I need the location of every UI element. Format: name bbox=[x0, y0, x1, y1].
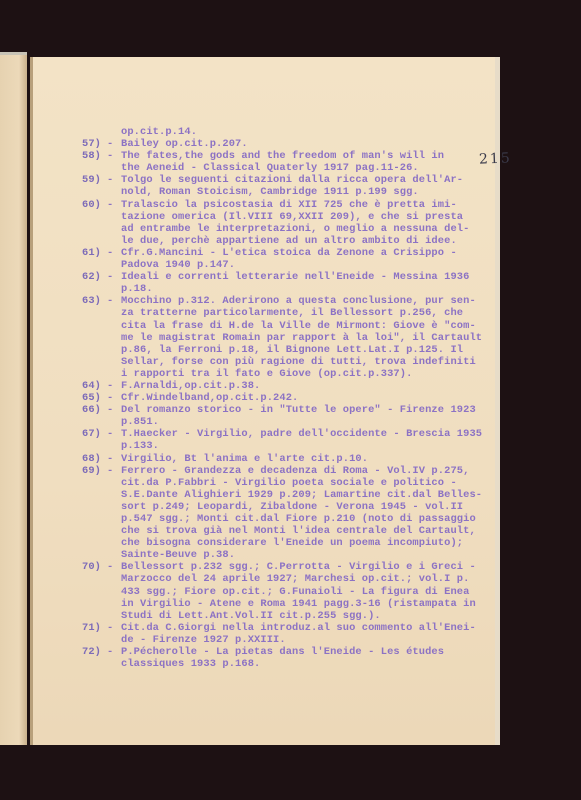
footnote-line: i rapporti tra il fato e Giove (op.cit.p… bbox=[121, 368, 502, 380]
footnote-item: 63)-Mocchino p.312. Aderirono a questa c… bbox=[82, 295, 502, 380]
footnote-number: 59) bbox=[82, 174, 107, 198]
footnote-line: 433 sgg.; Fiore op.cit.; G.Funaioli - La… bbox=[121, 586, 502, 598]
footnote-dash: - bbox=[107, 295, 121, 380]
footnote-dash: - bbox=[107, 453, 121, 465]
footnote-item: 60)-Tralascio la psicostasia di XII 725 … bbox=[82, 199, 502, 247]
footnote-number: 61) bbox=[82, 247, 107, 271]
footnote-item: 65)-Cfr.Windelband,op.cit.p.242. bbox=[82, 392, 502, 404]
footnote-dash: - bbox=[107, 404, 121, 428]
footnote-line: Ideali e correnti letterarie nell'Eneide… bbox=[121, 271, 502, 283]
footnote-number: 63) bbox=[82, 295, 107, 380]
footnote-item: 69)-Ferrero - Grandezza e decadenza di R… bbox=[82, 465, 502, 562]
footnote-number: 70) bbox=[82, 561, 107, 621]
footnote-line: Padova 1940 p.147. bbox=[121, 259, 502, 271]
footnote-item: 70)-Bellessort p.232 sgg.; C.Perrotta - … bbox=[82, 561, 502, 621]
footnote-line: Cfr.Windelband,op.cit.p.242. bbox=[121, 392, 502, 404]
footnote-number: 57) bbox=[82, 138, 107, 150]
footnote-item: 62)-Ideali e correnti letterarie nell'En… bbox=[82, 271, 502, 295]
footnote-line: nold, Roman Stoicism, Cambridge 1911 p.1… bbox=[121, 186, 502, 198]
footnote-dash: - bbox=[107, 428, 121, 452]
footnote-item: 66)-Del romanzo storico - in "Tutte le o… bbox=[82, 404, 502, 428]
footnote-line: Bellessort p.232 sgg.; C.Perrotta - Virg… bbox=[121, 561, 502, 573]
footnote-text: T.Haecker - Virgilio, padre dell'occiden… bbox=[121, 428, 502, 452]
footnote-line: Mocchino p.312. Aderirono a questa concl… bbox=[121, 295, 502, 307]
footnote-line: classiques 1933 p.168. bbox=[121, 658, 502, 670]
footnote-line: Sainte-Beuve p.38. bbox=[121, 549, 502, 561]
footnote-line: P.Pécherolle - La pietas dans l'Eneide -… bbox=[121, 646, 502, 658]
footnotes-list: op.cit.p.14. 57)-Bailey op.cit.p.207.58)… bbox=[82, 126, 502, 670]
footnote-line: p.86, la Ferroni p.18, il Bignone Lett.L… bbox=[121, 344, 502, 356]
footnote-line: Cfr.G.Mancini - L'etica stoica da Zenone… bbox=[121, 247, 502, 259]
footnote-number: 60) bbox=[82, 199, 107, 247]
footnote-line: che si trova già nel Monti l'idea centra… bbox=[121, 525, 502, 537]
footnote-line: me le magistrat Romain par rapport à la … bbox=[121, 332, 502, 344]
footnote-line: Studi di Lett.Ant.Vol.II cit.p.255 sgg.)… bbox=[121, 610, 502, 622]
footnote-line: Marzocco del 24 aprile 1927; Marchesi op… bbox=[121, 573, 502, 585]
footnote-number: 69) bbox=[82, 465, 107, 562]
footnote-line: Cit.da C.Giorgi nella introduz.al suo co… bbox=[121, 622, 502, 634]
footnote-dash: - bbox=[107, 138, 121, 150]
footnote-line: T.Haecker - Virgilio, padre dell'occiden… bbox=[121, 428, 502, 440]
continuation-line: op.cit.p.14. bbox=[82, 126, 502, 138]
footnote-number: 67) bbox=[82, 428, 107, 452]
footnote-line: F.Arnaldi,op.cit.p.38. bbox=[121, 380, 502, 392]
footnote-dash: - bbox=[107, 271, 121, 295]
footnote-item: 64)-F.Arnaldi,op.cit.p.38. bbox=[82, 380, 502, 392]
footnote-item: 61)-Cfr.G.Mancini - L'etica stoica da Ze… bbox=[82, 247, 502, 271]
footnote-text: P.Pécherolle - La pietas dans l'Eneide -… bbox=[121, 646, 502, 670]
footnote-number: 62) bbox=[82, 271, 107, 295]
footnote-dash: - bbox=[107, 646, 121, 670]
footnote-number: 72) bbox=[82, 646, 107, 670]
footnote-text: Cfr.G.Mancini - L'etica stoica da Zenone… bbox=[121, 247, 502, 271]
footnote-line: The fates,the gods and the freedom of ma… bbox=[121, 150, 502, 162]
footnote-text: Mocchino p.312. Aderirono a questa concl… bbox=[121, 295, 502, 380]
footnote-text: Cit.da C.Giorgi nella introduz.al suo co… bbox=[121, 622, 502, 646]
footnote-dash: - bbox=[107, 622, 121, 646]
footnote-dash: - bbox=[107, 174, 121, 198]
notes-container: 57)-Bailey op.cit.p.207.58)-The fates,th… bbox=[82, 138, 502, 670]
footnote-item: 67)-T.Haecker - Virgilio, padre dell'occ… bbox=[82, 428, 502, 452]
footnote-text: Ideali e correnti letterarie nell'Eneide… bbox=[121, 271, 502, 295]
footnote-number: 71) bbox=[82, 622, 107, 646]
footnote-number: 64) bbox=[82, 380, 107, 392]
footnote-line: tazione omerica (Il.VIII 69,XXII 209), e… bbox=[121, 211, 502, 223]
footnote-text: Virgilio, Bt l'anima e l'arte cit.p.10. bbox=[121, 453, 502, 465]
footnote-line: Virgilio, Bt l'anima e l'arte cit.p.10. bbox=[121, 453, 502, 465]
facing-page-edge bbox=[0, 52, 27, 745]
footnote-line: Tralascio la psicostasia di XII 725 che … bbox=[121, 199, 502, 211]
footnote-dash: - bbox=[107, 392, 121, 404]
footnote-line: p.133. bbox=[121, 440, 502, 452]
footnote-text: F.Arnaldi,op.cit.p.38. bbox=[121, 380, 502, 392]
footnote-number: 66) bbox=[82, 404, 107, 428]
footnote-item: 58)-The fates,the gods and the freedom o… bbox=[82, 150, 502, 174]
footnote-line: sort p.249; Leopardi, Zibaldone - Verona… bbox=[121, 501, 502, 513]
footnote-line: Bailey op.cit.p.207. bbox=[121, 138, 502, 150]
footnote-number: 68) bbox=[82, 453, 107, 465]
footnote-line: le due, perchè appartiene ad un altro am… bbox=[121, 235, 502, 247]
footnote-text: Ferrero - Grandezza e decadenza di Roma … bbox=[121, 465, 502, 562]
footnote-line: p.547 sgg.; Monti cit.dal Fiore p.210 (n… bbox=[121, 513, 502, 525]
footnote-text: Del romanzo storico - in "Tutte le opere… bbox=[121, 404, 502, 428]
footnote-text: Bellessort p.232 sgg.; C.Perrotta - Virg… bbox=[121, 561, 502, 621]
footnote-text: Tolgo le seguenti citazioni dalla ricca … bbox=[121, 174, 502, 198]
footnote-text: Tralascio la psicostasia di XII 725 che … bbox=[121, 199, 502, 247]
footnote-line: S.E.Dante Alighieri 1929 p.209; Lamartin… bbox=[121, 489, 502, 501]
footnote-item: 68)-Virgilio, Bt l'anima e l'arte cit.p.… bbox=[82, 453, 502, 465]
footnote-line: ad entrambe le interpretazioni, o meglio… bbox=[121, 223, 502, 235]
footnote-item: 72)-P.Pécherolle - La pietas dans l'Enei… bbox=[82, 646, 502, 670]
footnote-dash: - bbox=[107, 561, 121, 621]
footnote-dash: - bbox=[107, 380, 121, 392]
footnote-item: 59)-Tolgo le seguenti citazioni dalla ri… bbox=[82, 174, 502, 198]
footnote-line: p.851. bbox=[121, 416, 502, 428]
footnote-dash: - bbox=[107, 199, 121, 247]
footnote-line: Ferrero - Grandezza e decadenza di Roma … bbox=[121, 465, 502, 477]
footnote-dash: - bbox=[107, 247, 121, 271]
footnote-dash: - bbox=[107, 150, 121, 174]
footnote-line: za tratterne particolarmente, il Belless… bbox=[121, 307, 502, 319]
footnote-line: the Aeneid - Classical Quaterly 1917 pag… bbox=[121, 162, 502, 174]
footnote-number: 65) bbox=[82, 392, 107, 404]
footnote-line: cit.da P.Fabbri - Virgilio poeta sociale… bbox=[121, 477, 502, 489]
footnote-line: cita la frase di H.de la Ville de Mirmon… bbox=[121, 320, 502, 332]
footnote-text: Bailey op.cit.p.207. bbox=[121, 138, 502, 150]
footnote-line: Tolgo le seguenti citazioni dalla ricca … bbox=[121, 174, 502, 186]
footnote-text: Cfr.Windelband,op.cit.p.242. bbox=[121, 392, 502, 404]
footnote-line: Sellar, forse con più ragione di tutti, … bbox=[121, 356, 502, 368]
footnote-line: p.18. bbox=[121, 283, 502, 295]
footnote-dash: - bbox=[107, 465, 121, 562]
footnote-item: 57)-Bailey op.cit.p.207. bbox=[82, 138, 502, 150]
footnote-line: in Virgilio - Atene e Roma 1941 pagg.3-1… bbox=[121, 598, 502, 610]
footnote-line: de - Firenze 1927 p.XXIII. bbox=[121, 634, 502, 646]
footnote-line: Del romanzo storico - in "Tutte le opere… bbox=[121, 404, 502, 416]
footnote-item: 71)-Cit.da C.Giorgi nella introduz.al su… bbox=[82, 622, 502, 646]
footnote-line: che bisogna considerare l'Eneide un poem… bbox=[121, 537, 502, 549]
footnote-number: 58) bbox=[82, 150, 107, 174]
footnote-text: The fates,the gods and the freedom of ma… bbox=[121, 150, 502, 174]
